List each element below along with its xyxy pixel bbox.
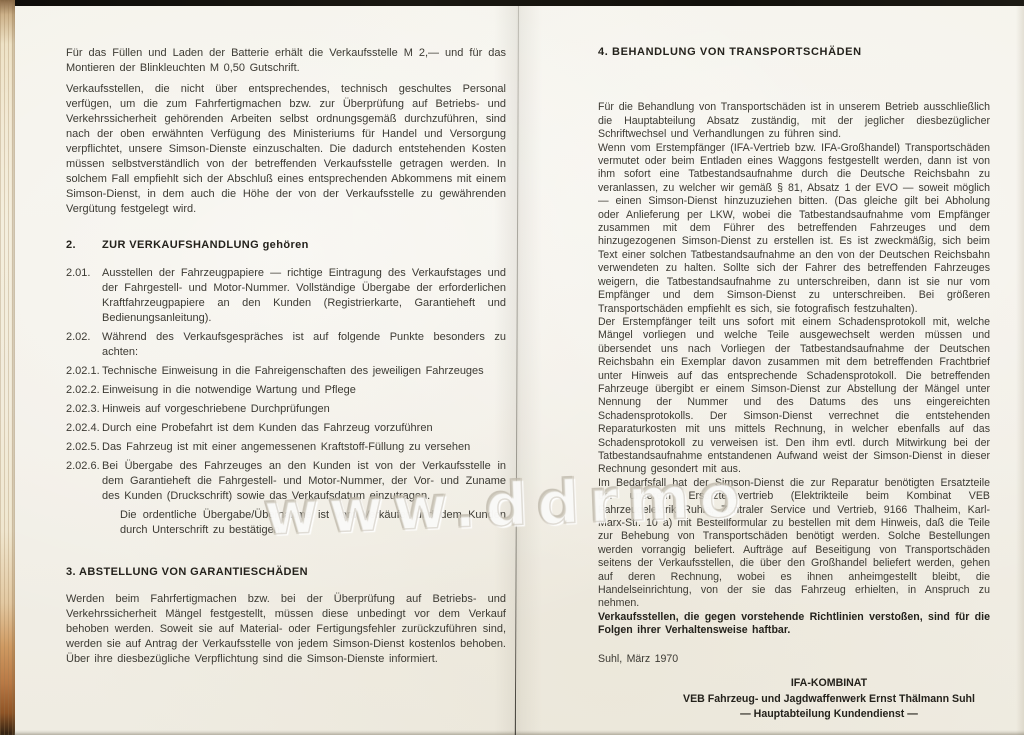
scan-right-edge	[1016, 6, 1024, 735]
sales-outlets-paragraph: Verkaufsstellen, die nicht über entsprec…	[66, 82, 506, 217]
list-item-number: 2.02.	[66, 330, 102, 360]
spare-parts-paragraph: Im Bedarfsfall hat der Simson-Dienst die…	[598, 477, 990, 611]
list-item-number: 2.02.1.	[66, 364, 102, 379]
battery-credit-paragraph: Für das Füllen und Laden der Batterie er…	[66, 46, 506, 76]
list-item-text: Durch eine Probefahrt ist dem Kunden das…	[102, 421, 506, 436]
signature-line-kombinat: IFA-KOMBINAT	[668, 676, 990, 692]
right-page: 4. BEHANDLUNG VON TRANSPORTSCHÄDEN Für d…	[598, 46, 990, 723]
section-4-heading: 4. BEHANDLUNG VON TRANSPORTSCHÄDEN	[598, 46, 990, 59]
section-2-number: 2.	[66, 238, 102, 253]
list-item-text: Ausstellen der Fahrzeugpapiere — richtig…	[102, 266, 506, 326]
list-item: 2.02.6. Bei Übergabe des Fahrzeuges an d…	[66, 459, 506, 504]
list-item: 2.02.5. Das Fahrzeug ist mit einer angem…	[66, 440, 506, 455]
list-item-text: Das Fahrzeug ist mit einer angemessenen …	[102, 440, 506, 455]
list-item-number: 2.02.3.	[66, 402, 102, 417]
transport-damage-paragraph: Für die Behandlung von Transportschäden …	[598, 101, 990, 141]
section-2-heading: 2. ZUR VERKAUFSHANDLUNG gehören	[66, 238, 506, 253]
signature-line-department: — Hauptabteilung Kundendienst —	[668, 707, 990, 723]
list-item-number: 2.02.2.	[66, 383, 102, 398]
left-page: Für das Füllen und Laden der Batterie er…	[66, 46, 506, 667]
damage-protocol-paragraph: Der Erstempfänger teilt uns sofort mit e…	[598, 316, 990, 477]
section-4-body: Für die Behandlung von Transportschäden …	[598, 101, 990, 722]
list-item: 2.01. Ausstellen der Fahrzeugpapiere — r…	[66, 266, 506, 326]
list-item: 2.02. Während des Verkaufsgespräches ist…	[66, 330, 506, 360]
warranty-paragraph: Werden beim Fahrfertigmachen bzw. bei de…	[66, 592, 506, 667]
signature-line-veb: VEB Fahrzeug- und Jagdwaffenwerk Ernst T…	[668, 692, 990, 708]
list-item: 2.02.1. Technische Einweisung in die Fah…	[66, 364, 506, 379]
list-item-number: 2.01.	[66, 266, 102, 326]
list-item-text: Einweisung in die notwendige Wartung und…	[102, 383, 506, 398]
liability-paragraph: Verkaufsstellen, die gegen vorstehende R…	[598, 611, 990, 638]
section-3-heading: 3. ABSTELLUNG VON GARANTIESCHÄDEN	[66, 565, 506, 580]
signature-block: IFA-KOMBINAT VEB Fahrzeug- und Jagdwaffe…	[668, 676, 990, 723]
section-2-title: ZUR VERKAUFSHANDLUNG gehören	[102, 238, 309, 253]
dateline: Suhl, März 1970	[598, 653, 990, 666]
list-item-number: 2.02.6.	[66, 459, 102, 504]
list-item: 2.02.3. Hinweis auf vorgeschriebene Durc…	[66, 402, 506, 417]
list-item-number: 2.02.5.	[66, 440, 102, 455]
list-item: 2.02.2. Einweisung in die notwendige War…	[66, 383, 506, 398]
list-item-number: 2.02.4.	[66, 421, 102, 436]
list-item-text: Während des Verkaufsgespräches ist auf f…	[102, 330, 506, 360]
list-item: 2.02.4. Durch eine Probefahrt ist dem Ku…	[66, 421, 506, 436]
list-item-text: Hinweis auf vorgeschriebene Durchprüfung…	[102, 402, 506, 417]
first-recipient-paragraph: Wenn vom Erstempfänger (IFA-Vertrieb bzw…	[598, 142, 990, 316]
page-edge-stack	[0, 0, 15, 735]
section-2-item-list: 2.01. Ausstellen der Fahrzeugpapiere — r…	[66, 266, 506, 504]
handover-note-paragraph: Die ordentliche Übergabe/Übernahme ist v…	[120, 508, 506, 538]
list-item-text: Technische Einweisung in die Fahreigensc…	[102, 364, 506, 379]
list-item-text: Bei Übergabe des Fahrzeuges an den Kunde…	[102, 459, 506, 504]
